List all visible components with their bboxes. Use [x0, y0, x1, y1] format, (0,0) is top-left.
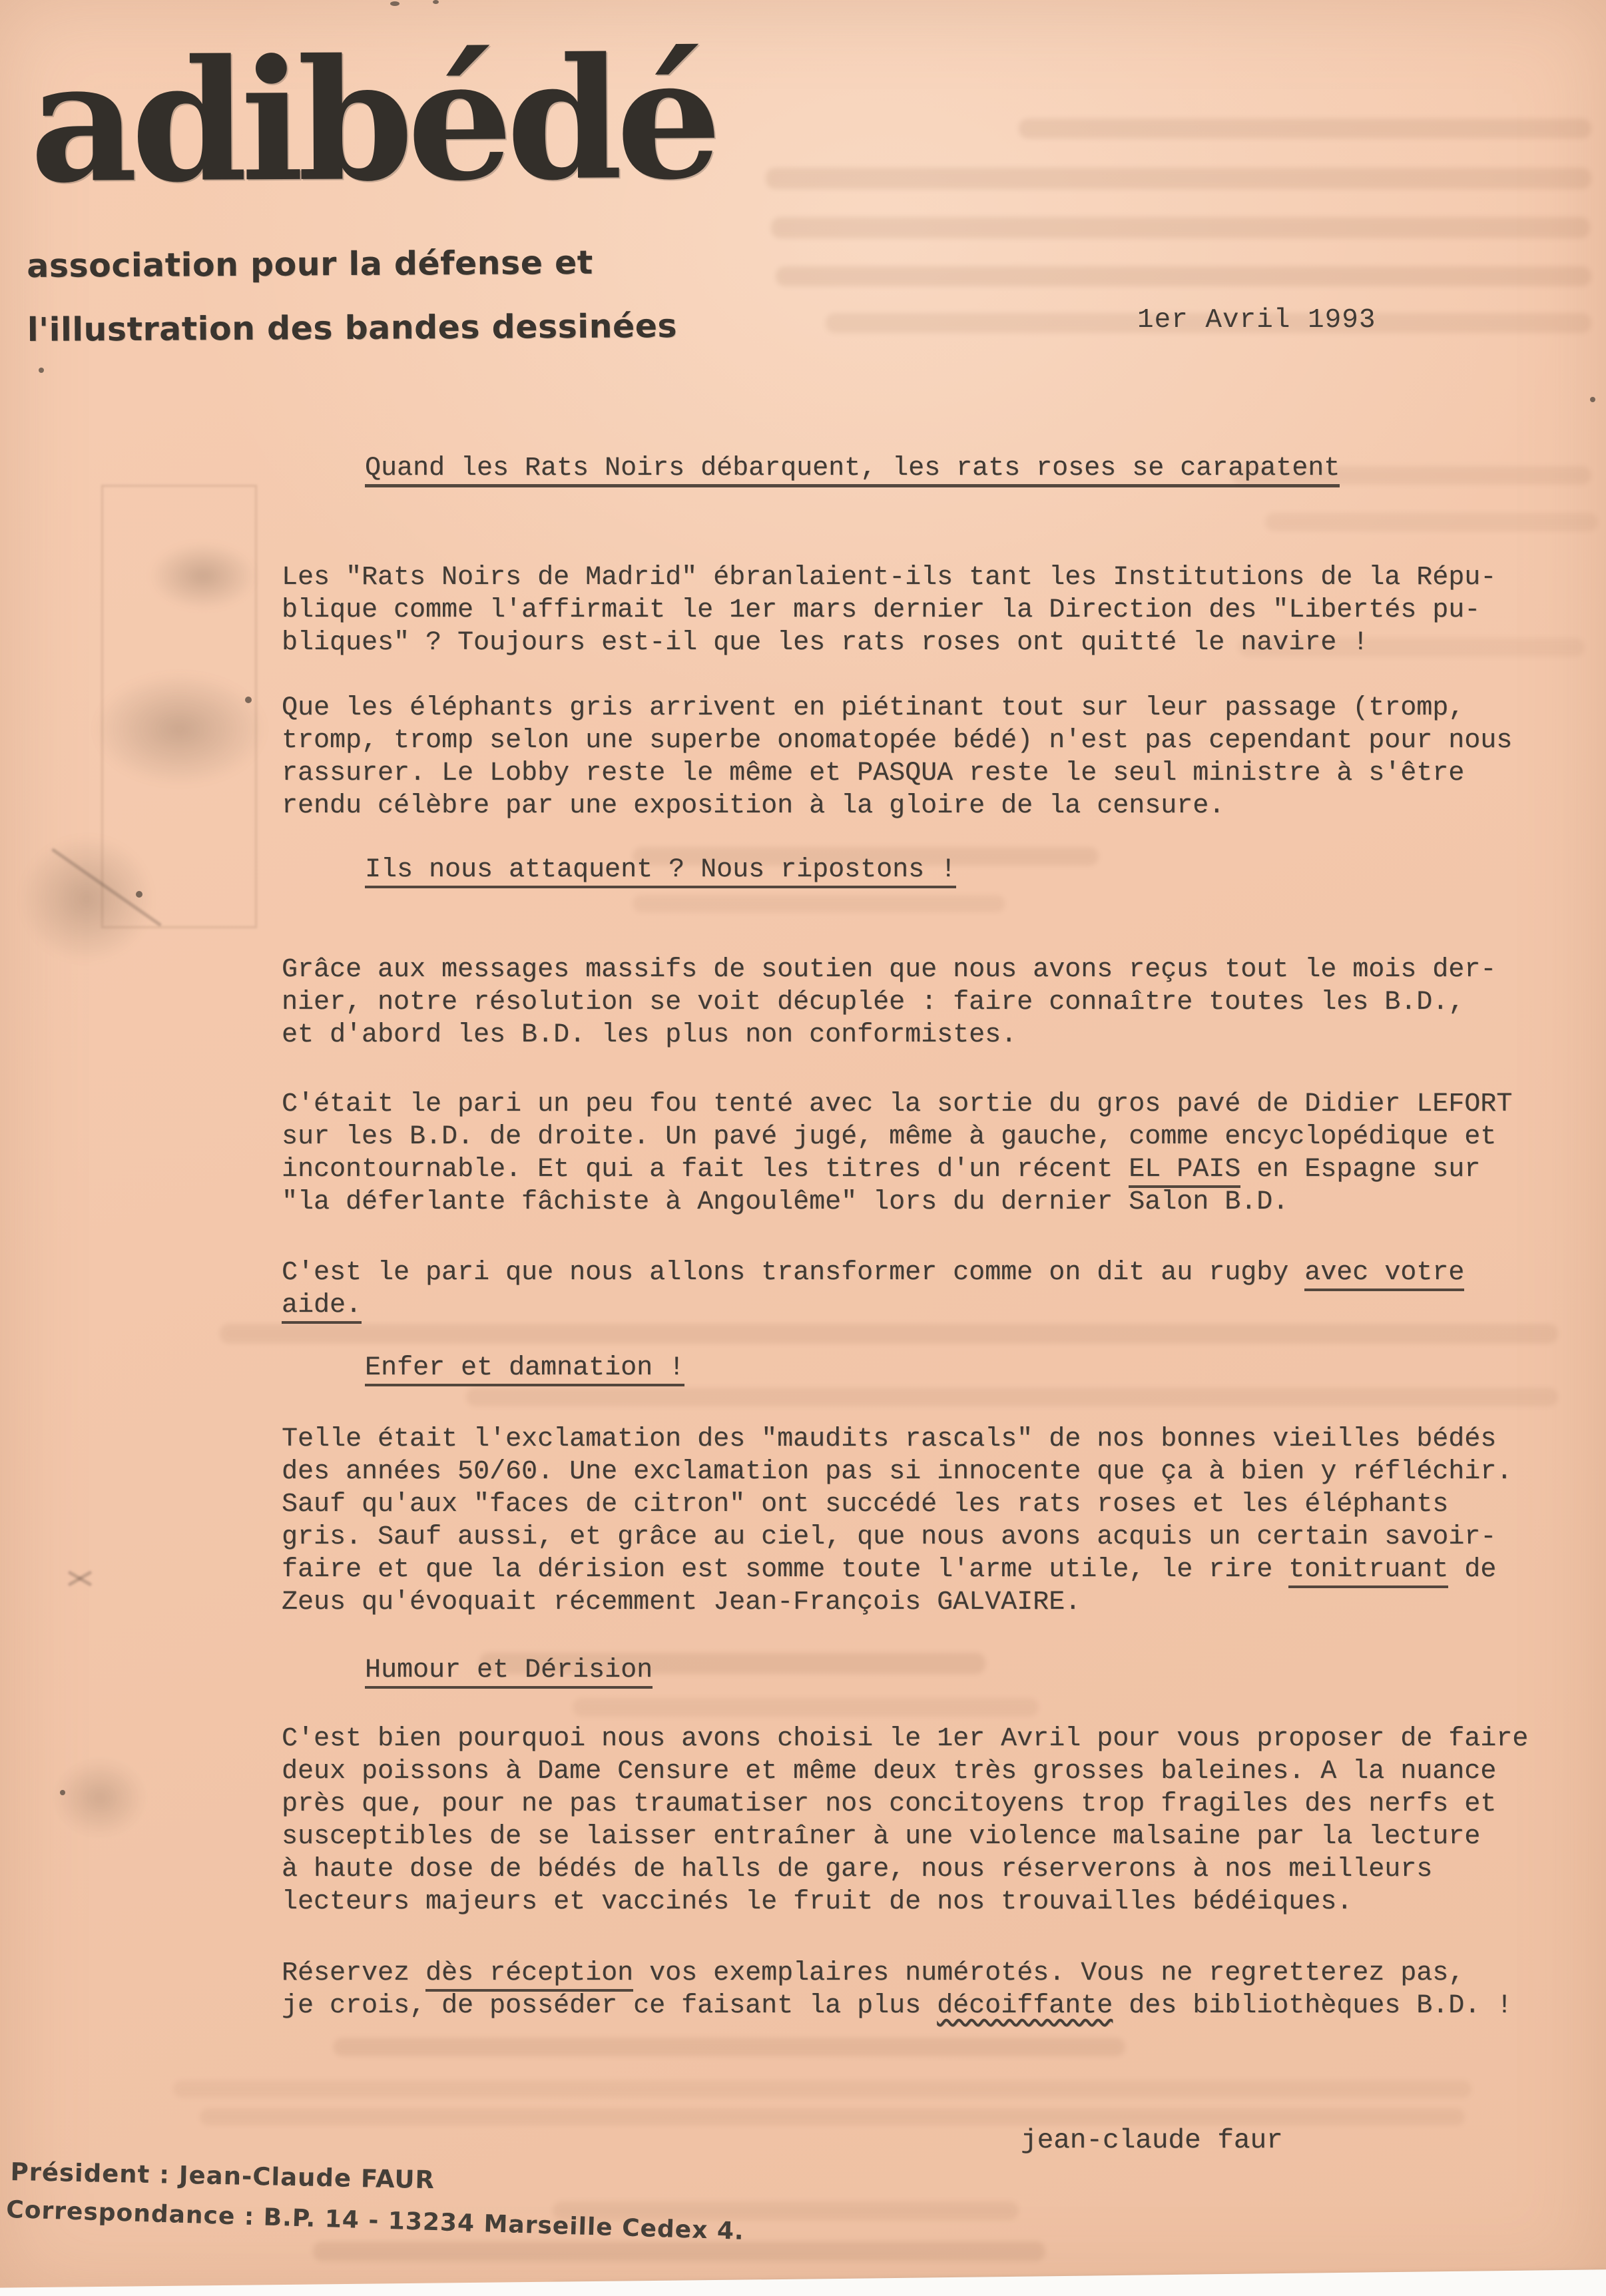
text-line: C'est bien pourquoi nous avons choisi le…: [282, 1723, 1528, 1755]
underlined-text: dès réception: [425, 1958, 633, 1992]
text-line: Telle était l'exclamation des "maudits r…: [282, 1423, 1512, 1456]
text-segment: des années 50/60. Une exclamation pas si…: [282, 1457, 1512, 1487]
text-segment: C'est le pari que nous allons transforme…: [282, 1258, 1304, 1288]
text-segment: Que les éléphants gris arrivent en piéti…: [282, 693, 1464, 723]
text-segment: des bibliothèques B.D. !: [1113, 1991, 1512, 2021]
text-segment: sur les B.D. de droite. Un pavé jugé, mê…: [282, 1122, 1496, 1152]
signature: jean-claude faur: [1021, 2126, 1283, 2156]
text-segment: incontournable. Et qui a fait les titres…: [282, 1155, 1129, 1185]
ink-speckle: [390, 1, 400, 6]
text-segment: Telle était l'exclamation des "maudits r…: [282, 1424, 1496, 1454]
ink-smudge: [20, 836, 153, 962]
association-subtitle: association pour la défense et l'illustr…: [27, 230, 677, 362]
masthead-logo: adibédé: [29, 35, 716, 205]
text-segment: tromp, tromp selon une superbe onomatopé…: [282, 726, 1512, 756]
text-segment: de: [1448, 1555, 1496, 1585]
text-line: lecteurs majeurs et vaccinés le fruit de…: [282, 1886, 1528, 1918]
text-line: je crois, de posséder ce faisant la plus…: [282, 1990, 1512, 2022]
bleed-through-line: [1265, 513, 1598, 531]
text-line: Quand les Rats Noirs débarquent, les rat…: [365, 452, 1340, 485]
text-line: et d'abord les B.D. les plus non conform…: [282, 1019, 1496, 1051]
text-segment: nier, notre résolution se voit décuplée …: [282, 988, 1464, 1017]
text-line: Ils nous attaquent ? Nous ripostons !: [365, 854, 956, 886]
underlined-text: Enfer et damnation !: [365, 1353, 684, 1386]
section-heading: Humour et Dérision: [365, 1654, 653, 1687]
text-segment: Les "Rats Noirs de Madrid" ébranlaient-i…: [282, 563, 1496, 593]
text-line: aide.: [282, 1289, 1464, 1322]
paragraph: C'était le pari un peu fou tenté avec la…: [282, 1088, 1512, 1219]
bleed-through-line: [220, 1324, 1558, 1344]
text-line: Grâce aux messages massifs de soutien qu…: [282, 954, 1496, 986]
text-segment: lecteurs majeurs et vaccinés le fruit de…: [282, 1887, 1352, 1917]
bleed-through-line: [200, 2108, 1465, 2126]
underlined-text: EL PAIS: [1129, 1155, 1240, 1188]
ink-speckle: [136, 891, 142, 898]
scanned-letter-page: adibédé association pour la défense et l…: [0, 0, 1606, 2296]
ink-smudge: [53, 1758, 146, 1838]
text-segment: rassurer. Le Lobby reste le même et PASQ…: [282, 758, 1464, 788]
text-line: susceptibles de se laisser entraîner à u…: [282, 1821, 1528, 1853]
underlined-text: Humour et Dérision: [365, 1655, 653, 1689]
bleed-through-line: [766, 168, 1591, 189]
ink-speckle: [433, 0, 439, 4]
text-line: Réservez dès réception vos exemplaires n…: [282, 1957, 1512, 1990]
text-line: nier, notre résolution se voit décuplée …: [282, 986, 1496, 1019]
text-segment: Sauf qu'aux "faces de citron" ont succéd…: [282, 1490, 1448, 1520]
bleed-through-line: [333, 2038, 1125, 2056]
bleed-through-line: [173, 2080, 1472, 2098]
ink-smudge: [93, 673, 266, 786]
text-line: Que les éléphants gris arrivent en piéti…: [282, 692, 1512, 724]
text-line: gris. Sauf aussi, et grâce au ciel, que …: [282, 1521, 1512, 1554]
text-line: des années 50/60. Une exclamation pas si…: [282, 1456, 1512, 1488]
text-line: C'est le pari que nous allons transforme…: [282, 1257, 1464, 1289]
section-heading: Enfer et damnation !: [365, 1352, 684, 1384]
text-line: "la déferlante fâchiste à Angoulême" lor…: [282, 1186, 1512, 1219]
text-segment: susceptibles de se laisser entraîner à u…: [282, 1822, 1480, 1852]
text-segment: Zeus qu'évoquait récemment Jean-François…: [282, 1587, 1081, 1617]
text-line: deux poissons à Dame Censure et même deu…: [282, 1755, 1528, 1788]
paragraph: C'est le pari que nous allons transforme…: [282, 1257, 1464, 1322]
text-segment: je crois, de posséder ce faisant la plus: [282, 1991, 937, 2021]
text-line: sur les B.D. de droite. Un pavé jugé, mê…: [282, 1121, 1512, 1153]
text-segment: blique comme l'affirmait le 1er mars der…: [282, 595, 1480, 625]
underlined-text: décoiffante: [937, 1991, 1113, 2021]
text-line: tromp, tromp selon une superbe onomatopé…: [282, 724, 1512, 757]
text-line: rassurer. Le Lobby reste le même et PASQ…: [282, 757, 1512, 790]
text-segment: vos exemplaires numérotés. Vous ne regre…: [633, 1958, 1464, 1988]
paragraph: Telle était l'exclamation des "maudits r…: [282, 1423, 1512, 1619]
bleed-through-line: [1019, 119, 1591, 139]
text-segment: faire et que la dérision est somme toute…: [282, 1555, 1288, 1585]
bleed-through-line: [771, 217, 1590, 238]
text-segment: en Espagne sur: [1240, 1155, 1480, 1185]
underlined-text: Ils nous attaquent ? Nous ripostons !: [365, 855, 956, 888]
text-segment: Réservez: [282, 1958, 425, 1988]
bleed-through-line: [313, 2241, 1045, 2261]
text-line: blique comme l'affirmait le 1er mars der…: [282, 594, 1496, 627]
text-line: Sauf qu'aux "faces de citron" ont succéd…: [282, 1488, 1512, 1521]
text-line: faire et que la dérision est somme toute…: [282, 1554, 1512, 1586]
text-line: Humour et Dérision: [365, 1654, 653, 1687]
text-segment: à haute dose de bédés de halls de gare, …: [282, 1855, 1432, 1884]
text-line: près que, pour ne pas traumatiser nos co…: [282, 1788, 1528, 1821]
paragraph: Que les éléphants gris arrivent en piéti…: [282, 692, 1512, 822]
text-segment: "la déferlante fâchiste à Angoulême" lor…: [282, 1187, 1288, 1217]
text-segment: C'était le pari un peu fou tenté avec la…: [282, 1089, 1512, 1119]
text-segment: deux poissons à Dame Censure et même deu…: [282, 1757, 1496, 1787]
bleed-through-line: [466, 1388, 1558, 1406]
text-line: C'était le pari un peu fou tenté avec la…: [282, 1088, 1512, 1121]
text-segment: près que, pour ne pas traumatiser nos co…: [282, 1789, 1496, 1819]
subtitle-line-2: l'illustration des bandes dessinées: [27, 294, 678, 362]
paragraph: Réservez dès réception vos exemplaires n…: [282, 1957, 1512, 2022]
issue-date: 1er Avril 1993: [1137, 305, 1376, 336]
underlined-text: tonitruant: [1288, 1555, 1448, 1588]
ink-speckle: [60, 1790, 65, 1795]
bleed-through-line: [633, 895, 1005, 912]
paragraph: Grâce aux messages massifs de soutien qu…: [282, 954, 1496, 1051]
subtitle-line-1: association pour la défense et: [27, 230, 677, 298]
bleed-through-line: [573, 1698, 1039, 1717]
text-segment: et d'abord les B.D. les plus non conform…: [282, 1020, 1017, 1050]
ink-smudge: [150, 543, 256, 609]
text-line: bliques" ? Toujours est-il que les rats …: [282, 627, 1496, 659]
text-segment: rendu célèbre par une exposition à la gl…: [282, 791, 1224, 821]
paragraph: Les "Rats Noirs de Madrid" ébranlaient-i…: [282, 561, 1496, 659]
ink-speckle: [1590, 397, 1595, 402]
footer-president: Président : Jean-Claude FAUR: [10, 2157, 435, 2194]
paragraph: C'est bien pourquoi nous avons choisi le…: [282, 1723, 1528, 1918]
text-line: Zeus qu'évoquait récemment Jean-François…: [282, 1586, 1512, 1619]
ink-speckle: [39, 368, 44, 373]
underlined-text: avec votre: [1304, 1258, 1464, 1291]
underlined-text: aide.: [282, 1291, 362, 1324]
text-line: Les "Rats Noirs de Madrid" ébranlaient-i…: [282, 561, 1496, 594]
text-line: incontournable. Et qui a fait les titres…: [282, 1153, 1512, 1186]
bleed-through-line: [776, 266, 1591, 286]
ink-speckle: [245, 697, 252, 703]
text-line: à haute dose de bédés de halls de gare, …: [282, 1853, 1528, 1886]
text-line: rendu célèbre par une exposition à la gl…: [282, 790, 1512, 822]
article-title: Quand les Rats Noirs débarquent, les rat…: [365, 452, 1340, 485]
text-line: Enfer et damnation !: [365, 1352, 684, 1384]
text-segment: bliques" ? Toujours est-il que les rats …: [282, 628, 1368, 658]
text-segment: gris. Sauf aussi, et grâce au ciel, que …: [282, 1522, 1496, 1552]
section-heading: Ils nous attaquent ? Nous ripostons !: [365, 854, 956, 886]
text-segment: Grâce aux messages massifs de soutien qu…: [282, 955, 1496, 985]
text-segment: C'est bien pourquoi nous avons choisi le…: [282, 1724, 1528, 1754]
underlined-text: Quand les Rats Noirs débarquent, les rat…: [365, 453, 1340, 487]
